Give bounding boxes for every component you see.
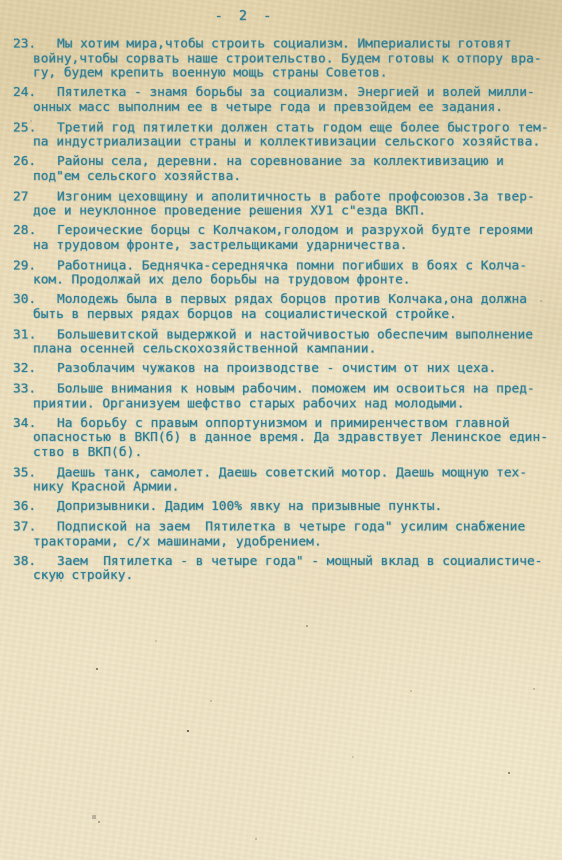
slogan-item-27: 27 Изгоним цеховщину и аполитичность в р…: [0, 190, 558, 219]
item-text: Работница. Беднячка-середнячка помни пог…: [33, 259, 558, 288]
item-number: 26.: [13, 155, 36, 170]
item-text: Героические борцы с Колчаком,голодом и р…: [33, 224, 558, 253]
item-text: На борьбу с правым оппортунизмом и прими…: [33, 417, 558, 461]
item-number: 35.: [13, 466, 36, 481]
slogan-item-38: 38. Заем Пятилетка - в четыре года" - мо…: [0, 555, 558, 584]
slogan-item-36: 36. Допризывники. Дадим 100% явку на при…: [0, 500, 558, 515]
item-text: Пятилетка - знамя борьбы за социализм. Э…: [33, 86, 558, 115]
item-number: 31.: [13, 328, 36, 343]
item-number: 33.: [13, 382, 36, 397]
item-number: 29.: [13, 259, 36, 274]
item-number: 32.: [13, 362, 36, 377]
slogan-item-32: 32. Разоблачим чужаков на производстве -…: [0, 362, 558, 377]
slogan-item-30: 30. Молодежь была в первых рядах борцов …: [0, 293, 558, 322]
scanned-document-page: - 2 - 23. Мы хотим мира,чтобы строить со…: [0, 0, 562, 860]
slogan-item-34: 34. На борьбу с правым оппортунизмом и п…: [0, 417, 558, 461]
slogan-item-23: 23. Мы хотим мира,чтобы строить социализ…: [0, 37, 558, 81]
item-text: Заем Пятилетка - в четыре года" - мощный…: [33, 555, 558, 584]
page-number: - 2 -: [0, 8, 490, 24]
slogan-item-35: 35. Даешь танк, самолет. Даешь советский…: [0, 466, 558, 495]
item-number: 34.: [13, 417, 36, 432]
item-text: Мы хотим мира,чтобы строить социализм. И…: [33, 37, 558, 81]
item-number: 25.: [13, 121, 36, 135]
paper-specks: [0, 0, 2, 2]
item-text: Большевитской выдержкой и настойчивостью…: [33, 328, 558, 357]
slogan-item-24: 24. Пятилетка - знамя борьбы за социализ…: [0, 86, 558, 115]
item-text: Больше внимания к новым рабочим. поможем…: [33, 382, 558, 411]
item-text: Подпиской на заем Пятилетка в четыре год…: [33, 520, 558, 549]
slogan-item-25: 25. Третий год пятилетки должен стать го…: [0, 121, 558, 150]
item-number: 36.: [13, 500, 36, 515]
item-number: 30.: [13, 293, 36, 308]
item-number: 37.: [13, 520, 36, 535]
slogan-item-29: 29. Работница. Беднячка-середнячка помни…: [0, 259, 558, 288]
slogan-item-28: 28. Героические борцы с Колчаком,голодом…: [0, 224, 558, 253]
slogan-item-31: 31. Большевитской выдержкой и настойчиво…: [0, 328, 558, 357]
item-number: 28.: [13, 224, 36, 239]
item-number: 24.: [13, 86, 36, 101]
item-number: 27: [13, 190, 28, 205]
slogan-item-37: 37. Подпиской на заем Пятилетка в четыре…: [0, 520, 558, 549]
item-text: Районы села, деревни. на соревнование за…: [33, 155, 558, 184]
item-number: 38.: [13, 555, 36, 570]
item-text: Изгоним цеховщину и аполитичность в рабо…: [33, 190, 558, 219]
slogan-list: 23. Мы хотим мира,чтобы строить социализ…: [0, 37, 558, 589]
item-number: 23.: [13, 37, 36, 52]
item-text: Молодежь была в первых рядах борцов прот…: [33, 293, 558, 322]
item-text: Даешь танк, самолет. Даешь советский мот…: [33, 466, 558, 495]
item-text: Разоблачим чужаков на производстве - очи…: [33, 362, 558, 377]
item-text: Допризывники. Дадим 100% явку на призывн…: [33, 500, 558, 515]
item-text: Третий год пятилетки должен стать годом …: [33, 121, 558, 150]
slogan-item-26: 26. Районы села, деревни. на соревновани…: [0, 155, 558, 184]
slogan-item-33: 33. Больше внимания к новым рабочим. пом…: [0, 382, 558, 411]
